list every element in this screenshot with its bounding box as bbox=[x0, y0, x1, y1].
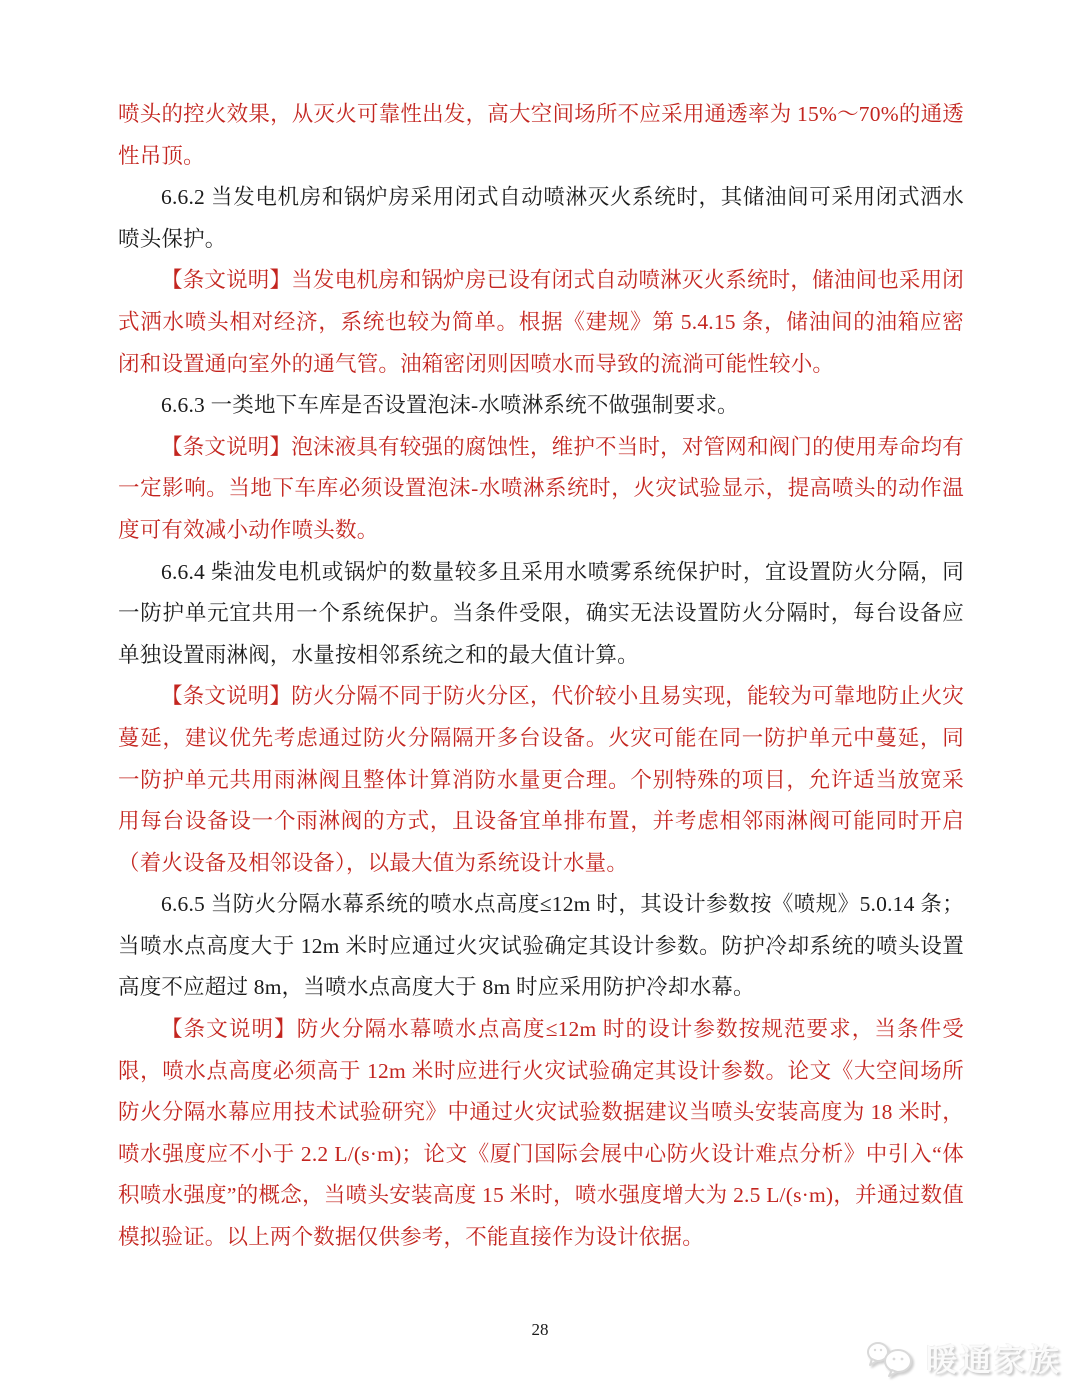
document-page: 喷头的控火效果，从灭火可靠性出发，高大空间场所不应采用通透率为 15%～70%的… bbox=[0, 0, 1080, 1398]
wechat-icon bbox=[866, 1338, 918, 1378]
commentary-paragraph: 喷头的控火效果，从灭火可靠性出发，高大空间场所不应采用通透率为 15%～70%的… bbox=[118, 94, 964, 177]
document-body: 喷头的控火效果，从灭火可靠性出发，高大空间场所不应采用通透率为 15%～70%的… bbox=[118, 94, 964, 1259]
commentary-paragraph: 【条文说明】防火分隔水幕喷水点高度≤12m 时的设计参数按规范要求，当条件受限，… bbox=[118, 1009, 964, 1259]
watermark-text: 暖通家族 bbox=[926, 1335, 1062, 1380]
clause-paragraph: 6.6.2 当发电机房和锅炉房采用闭式自动喷淋灭火系统时，其储油间可采用闭式洒水… bbox=[118, 177, 964, 260]
watermark: 暖通家族 bbox=[866, 1335, 1062, 1380]
clause-paragraph: 6.6.4 柴油发电机或锅炉的数量较多且采用水喷雾系统保护时，宜设置防火分隔，同… bbox=[118, 552, 964, 677]
clause-paragraph: 6.6.3 一类地下车库是否设置泡沫-水喷淋系统不做强制要求。 bbox=[118, 385, 964, 427]
clause-paragraph: 6.6.5 当防火分隔水幕系统的喷水点高度≤12m 时，其设计参数按《喷规》5.… bbox=[118, 884, 964, 1009]
commentary-paragraph: 【条文说明】泡沫液具有较强的腐蚀性，维护不当时，对管网和阀门的使用寿命均有一定影… bbox=[118, 427, 964, 552]
commentary-paragraph: 【条文说明】当发电机房和锅炉房已设有闭式自动喷淋灭火系统时，储油间也采用闭式洒水… bbox=[118, 260, 964, 385]
commentary-paragraph: 【条文说明】防火分隔不同于防火分区，代价较小且易实现，能较为可靠地防止火灾蔓延，… bbox=[118, 676, 964, 884]
